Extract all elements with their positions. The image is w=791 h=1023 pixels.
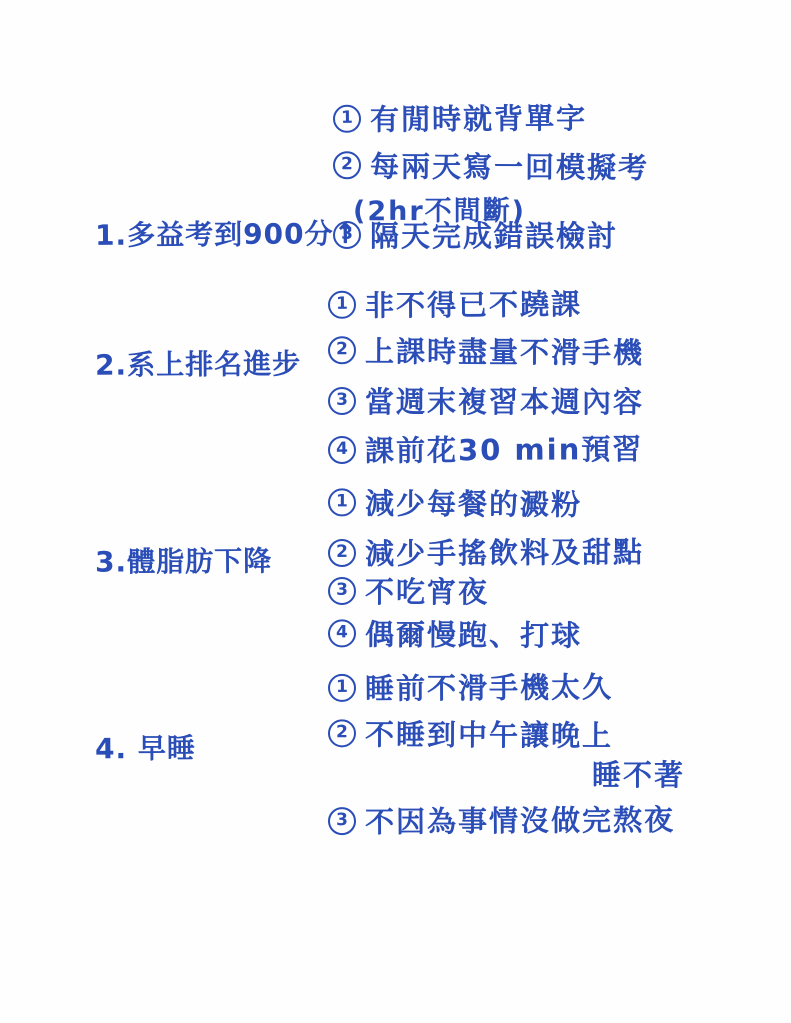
task-text: 非不得已不蹺課 [365, 282, 582, 325]
circled-number: 3 [328, 577, 356, 605]
task-text: 不因為事情沒做完熬夜 [365, 798, 675, 841]
task-text: 隔天完成錯誤檢討 [370, 214, 618, 255]
task-text: 睡前不滑手機太久 [365, 665, 613, 708]
goal-label-1: 1.多益考到900分↑ [95, 212, 358, 254]
task-text: 上課時盡量不滑手機 [365, 329, 644, 371]
goal-4-item-2: 2 不睡到中午讓晚上 [328, 712, 613, 754]
task-text: 當週末複習本週內容 [365, 380, 644, 421]
circled-number: 1 [333, 104, 361, 132]
task-text: 有閒時就背單字 [370, 96, 587, 139]
goal-3-item-4: 4 偶爾慢跑、打球 [328, 612, 582, 654]
goal-3-item-1: 1 減少每餐的澱粉 [328, 481, 582, 523]
circled-number: 3 [328, 387, 356, 415]
task-text: 不睡到中午讓晚上 [365, 712, 613, 754]
task-text: 偶爾慢跑、打球 [365, 613, 582, 655]
task-text: 減少手搖飲料及甜點 [365, 530, 644, 573]
task-text: 課前花30 min預習 [365, 427, 644, 470]
circled-number: 3 [328, 807, 356, 835]
circled-number: 4 [328, 619, 356, 647]
goal-label-2: 2.系上排名進步 [95, 342, 301, 383]
circled-number: 1 [328, 488, 356, 516]
goal-label-4: 4. 早睡 [95, 727, 196, 768]
circled-number: 2 [328, 538, 356, 566]
circled-number: 3 [333, 221, 361, 249]
task-text: 睡不著 [592, 753, 685, 794]
task-text: 不吃宵夜 [365, 570, 489, 611]
circled-number: 1 [328, 673, 356, 701]
task-text: 每兩天寫一回模擬考 [370, 144, 649, 186]
goal-2-item-3: 3 當週末複習本週內容 [328, 380, 644, 421]
goal-1-item-1: 1 有閒時就背單字 [333, 96, 587, 139]
goal-label-3: 3.體脂肪下降 [95, 539, 272, 580]
circled-number: 1 [328, 290, 356, 318]
goal-2-item-4: 4 課前花30 min預習 [328, 427, 644, 470]
goal-2-item-2: 2 上課時盡量不滑手機 [328, 329, 644, 372]
circled-number: 2 [328, 336, 356, 364]
goal-3-item-3: 3 不吃宵夜 [328, 570, 489, 611]
task-text: 減少每餐的澱粉 [365, 482, 582, 524]
goal-3-item-2: 2 減少手搖飲料及甜點 [328, 530, 644, 573]
goal-4-item-1: 1 睡前不滑手機太久 [328, 665, 613, 708]
goal-1-item-3: 3 隔天完成錯誤檢討 [333, 214, 618, 255]
handwritten-note-page: 1 有閒時就背單字 2 每兩天寫一回模擬考 (2hr不間斷) 1.多益考到900… [0, 0, 791, 1023]
goal-1-item-2: 2 每兩天寫一回模擬考 [333, 144, 649, 187]
circled-number: 2 [328, 719, 356, 747]
goal-4-item-2-continuation: 睡不著 [592, 753, 685, 794]
circled-number: 4 [328, 435, 356, 463]
goal-2-item-1: 1 非不得已不蹺課 [328, 282, 582, 325]
goal-4-item-3: 3 不因為事情沒做完熬夜 [328, 798, 675, 841]
circled-number: 2 [333, 151, 361, 179]
